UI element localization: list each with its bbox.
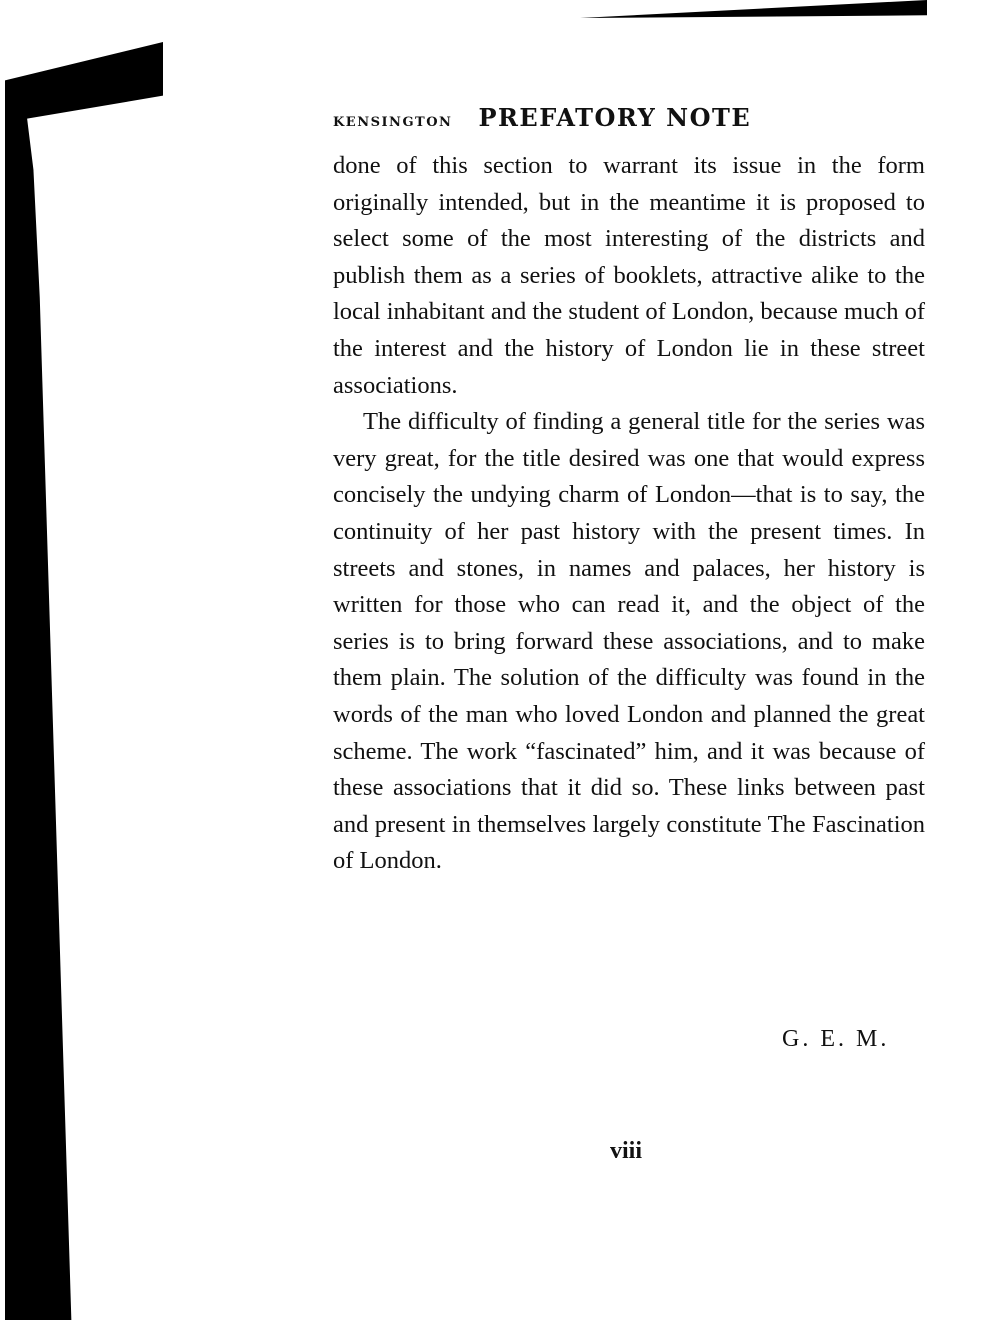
paragraph: The difficulty of finding a general titl… xyxy=(333,404,925,880)
page-number: viii xyxy=(610,1138,642,1165)
page-title: PREFATORY NOTE xyxy=(478,103,751,132)
scan-edge-left xyxy=(5,42,163,1320)
page-header: KENSINGTON PREFATORY NOTE xyxy=(333,103,925,132)
paragraph: done of this section to warrant its issu… xyxy=(333,148,925,404)
scan-edge-top xyxy=(580,0,927,18)
signature: G. E. M. xyxy=(782,1026,889,1053)
running-head: KENSINGTON xyxy=(333,115,452,130)
body-text: done of this section to warrant its issu… xyxy=(333,148,925,880)
